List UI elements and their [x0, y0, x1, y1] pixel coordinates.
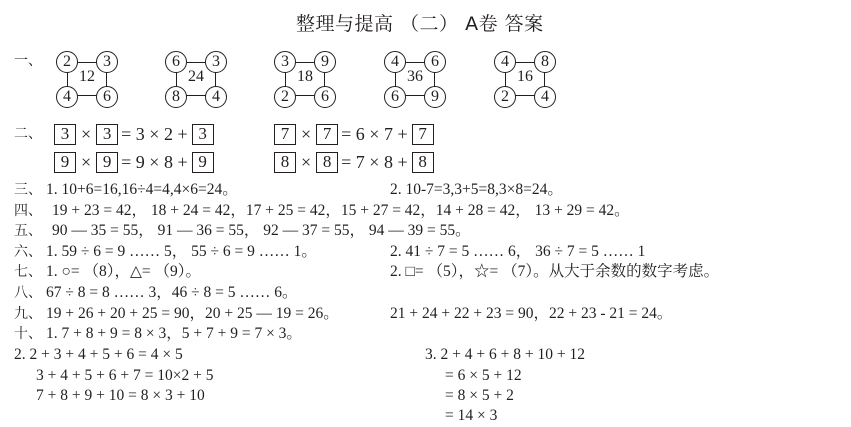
section-6-label: 六、	[14, 242, 42, 262]
answer-box: 8	[412, 152, 434, 173]
times-sign: ×	[296, 124, 316, 145]
diagram-center-value: 12	[67, 68, 107, 86]
section-2-label: 二、	[14, 123, 42, 143]
answer-box: 8	[274, 152, 296, 173]
section-9-label: 九、	[14, 304, 42, 324]
section-4-answer: 19 + 23 = 42， 18 + 24 = 42，17 + 25 = 42，…	[52, 201, 630, 221]
number-square-diagram: 6 3 8 4 24	[165, 51, 229, 109]
answer-box: 3	[192, 124, 214, 145]
section-9-answer-2: 21 + 24 + 22 + 23 = 90，22 + 23 - 21 = 24…	[390, 304, 672, 324]
diagram-center-value: 18	[285, 68, 325, 86]
circle-bottom-right: 4	[534, 86, 556, 108]
circle-bottom-left: 6	[384, 86, 406, 108]
equation-middle: = 6 × 7 +	[338, 124, 411, 145]
section-5-answer: 90 — 35 = 55， 91 — 36 = 55， 92 — 37 = 55…	[52, 221, 471, 241]
section-7-answer-1: 1. ○= （8），△= （9）。	[46, 262, 201, 282]
times-sign: ×	[296, 152, 316, 173]
equation-middle: = 3 × 2 +	[118, 124, 191, 145]
diagram-center-value: 16	[505, 68, 545, 86]
circle-bottom-right: 6	[314, 86, 336, 108]
times-sign: ×	[76, 124, 96, 145]
answer-box: 7	[274, 124, 296, 145]
section-7-answer-2: 2. □= （5），☆= （7）。从大于余数的数字考虑。	[390, 262, 719, 282]
boxed-equation: 7 × 7 = 6 × 7 + 7	[274, 123, 434, 145]
section-1-label: 一、	[14, 50, 42, 70]
circle-bottom-left: 4	[56, 86, 78, 108]
circle-bottom-right: 4	[205, 86, 227, 108]
times-sign: ×	[76, 152, 96, 173]
section-4-label: 四、	[14, 201, 42, 221]
section-10-answer-3-line-4: = 14 × 3	[445, 406, 497, 426]
section-5-label: 五、	[14, 221, 42, 241]
equation-middle: = 7 × 8 +	[338, 152, 411, 173]
answer-box: 3	[96, 124, 118, 145]
diagram-center-value: 24	[176, 68, 216, 86]
section-6-answer-1: 1. 59 ÷ 6 = 9 …… 5， 55 ÷ 6 = 9 …… 1。	[46, 242, 317, 262]
boxed-equation: 3 × 3 = 3 × 2 + 3	[54, 123, 214, 145]
boxed-equation: 9 × 9 = 9 × 8 + 9	[54, 151, 214, 173]
page-title: 整理与提高 （二） A卷 答案	[296, 9, 544, 36]
section-3-answer-1: 1. 10+6=16,16÷4=4,4×6=24。	[46, 180, 238, 200]
section-8-answer: 67 ÷ 8 = 8 …… 3，46 ÷ 8 = 5 …… 6。	[46, 283, 298, 303]
section-10-label: 十、	[14, 324, 42, 344]
answer-box: 9	[96, 152, 118, 173]
section-7-label: 七、	[14, 262, 42, 282]
answer-box: 7	[412, 124, 434, 145]
answer-box: 7	[316, 124, 338, 145]
answer-box: 3	[54, 124, 76, 145]
circle-bottom-right: 9	[424, 86, 446, 108]
circle-bottom-right: 6	[96, 86, 118, 108]
answer-box: 9	[54, 152, 76, 173]
circle-bottom-left: 2	[274, 86, 296, 108]
number-square-diagram: 2 3 4 6 12	[56, 51, 120, 109]
circle-bottom-left: 8	[165, 86, 187, 108]
number-square-diagram: 3 9 2 6 18	[274, 51, 338, 109]
section-10-answer-2-line-3: 7 + 8 + 9 + 10 = 8 × 3 + 10	[36, 386, 205, 406]
boxed-equation: 8 × 8 = 7 × 8 + 8	[274, 151, 434, 173]
number-square-diagram: 4 6 6 9 36	[384, 51, 448, 109]
circle-bottom-left: 2	[494, 86, 516, 108]
equation-middle: = 9 × 8 +	[118, 152, 191, 173]
section-10-answer-3-line-3: = 8 × 5 + 2	[445, 386, 514, 406]
section-10-answer-3-line-1: 3. 2 + 4 + 6 + 8 + 10 + 12	[425, 345, 585, 365]
section-9-answer-1: 19 + 26 + 20 + 25 = 90，20 + 25 — 19 = 26…	[46, 304, 339, 324]
section-10-answer-2-line-1: 2. 2 + 3 + 4 + 5 + 6 = 4 × 5	[14, 345, 183, 365]
section-10-answer-1: 1. 7 + 8 + 9 = 8 × 3，5 + 7 + 9 = 7 × 3。	[46, 324, 302, 344]
answer-box: 8	[316, 152, 338, 173]
number-square-diagram: 4 8 2 4 16	[494, 51, 558, 109]
diagram-center-value: 36	[395, 68, 435, 86]
section-3-label: 三、	[14, 180, 42, 200]
section-8-label: 八、	[14, 283, 42, 303]
section-10-answer-2-line-2: 3 + 4 + 5 + 6 + 7 = 10×2 + 5	[36, 366, 213, 386]
section-6-answer-2: 2. 41 ÷ 7 = 5 …… 6， 36 ÷ 7 = 5 …… 1	[390, 242, 645, 262]
answer-box: 9	[192, 152, 214, 173]
section-10-answer-3-line-2: = 6 × 5 + 12	[445, 366, 522, 386]
section-3-answer-2: 2. 10-7=3,3+5=8,3×8=24。	[390, 180, 563, 200]
